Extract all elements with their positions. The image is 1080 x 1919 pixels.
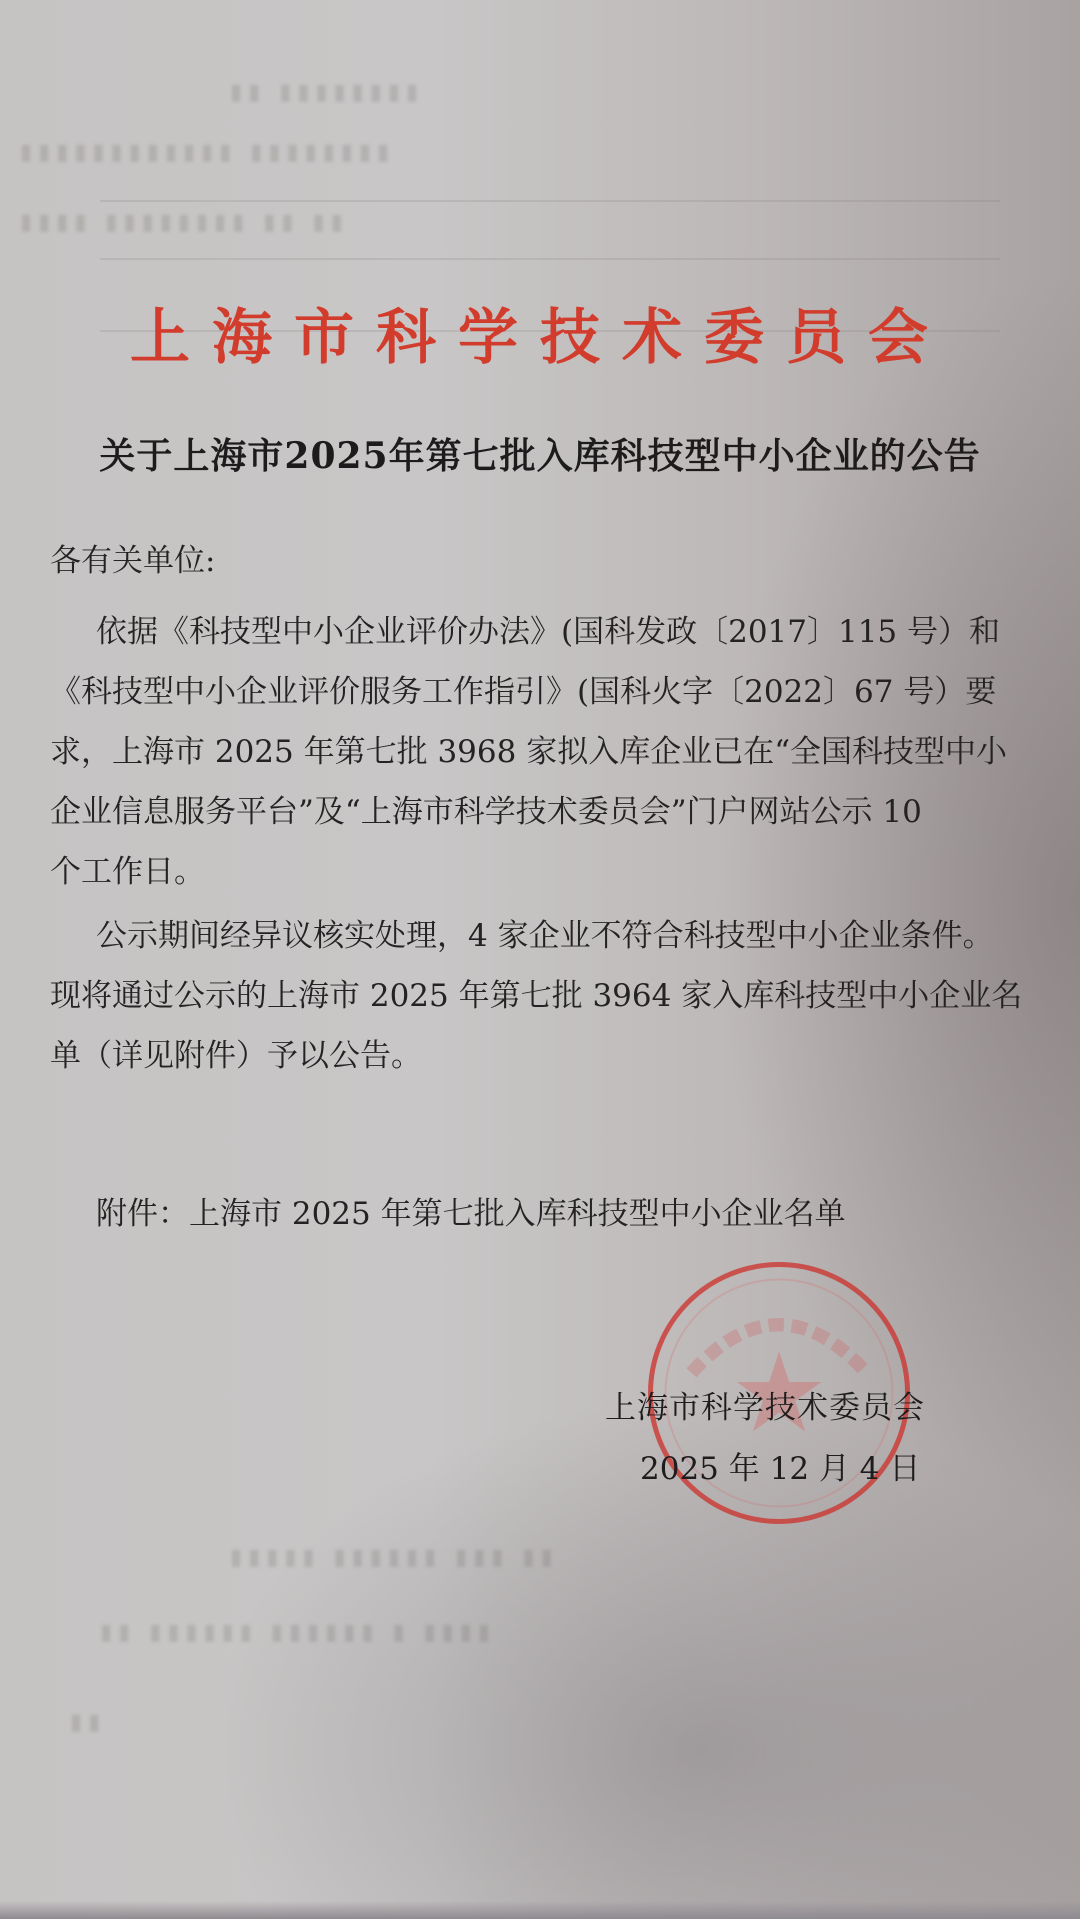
paragraph-1: 依据《科技型中小企业评价办法》(国科发政〔2017〕115 号）和 《科技型中小…	[50, 602, 1035, 902]
signing-organization: 上海市科学技术委员会	[605, 1382, 925, 1427]
paragraph-line: 企业信息服务平台”及“上海市科学技术委员会”门户网站公示 10	[50, 782, 1035, 842]
bleed-through-text: ▮▮▮▮▮ ▮▮▮▮▮▮ ▮▮▮ ▮▮	[230, 1545, 559, 1570]
paragraph-line: 《科技型中小企业评价服务工作指引》(国科火字〔2022〕67 号）要	[50, 662, 1035, 722]
paragraph-2: 公示期间经异议核实处理，4 家企业不符合科技型中小企业条件。 现将通过公示的上海…	[50, 906, 1035, 1086]
paragraph-line: 个工作日。	[50, 842, 1035, 902]
bleed-through-rule	[100, 258, 1000, 260]
paragraph-line: 求，上海市 2025 年第七批 3968 家拟入库企业已在“全国科技型中小	[50, 722, 1035, 782]
document-title: 关于上海市2025年第七批入库科技型中小企业的公告	[0, 428, 1080, 479]
bleed-through-text: ▮▮▮▮▮▮▮▮▮▮▮▮ ▮▮▮▮▮▮▮▮	[20, 140, 395, 165]
signing-date: 2025 年 12 月 4 日	[640, 1443, 920, 1488]
bleed-through-text: ▮▮ ▮▮▮▮▮▮▮▮	[230, 80, 424, 105]
bleed-through-text: ▮▮ ▮▮▮▮▮▮ ▮▮▮▮▮▮ ▮ ▮▮▮▮	[100, 1620, 496, 1645]
attachment-reference: 附件：上海市 2025 年第七批入库科技型中小企业名单	[96, 1188, 846, 1233]
issuer-header: 上海市科学技术委员会	[0, 290, 1080, 376]
paragraph-line: 公示期间经异议核实处理，4 家企业不符合科技型中小企业条件。	[50, 906, 1035, 966]
bleed-through-rule	[100, 200, 1000, 202]
bleed-through-text: ▮▮	[70, 1710, 106, 1735]
salutation: 各有关单位:	[50, 535, 215, 580]
paragraph-line: 依据《科技型中小企业评价办法》(国科发政〔2017〕115 号）和	[50, 602, 1035, 662]
document-page: ▮▮ ▮▮▮▮▮▮▮▮ ▮▮▮▮▮▮▮▮▮▮▮▮ ▮▮▮▮▮▮▮▮ ▮▮▮▮ ▮…	[0, 0, 1080, 1919]
paragraph-line: 现将通过公示的上海市 2025 年第七批 3964 家入库科技型中小企业名	[50, 966, 1035, 1026]
paragraph-line: 单（详见附件）予以公告。	[50, 1026, 1035, 1086]
bleed-through-text: ▮▮▮▮ ▮▮▮▮▮▮▮▮ ▮▮ ▮▮	[20, 210, 349, 235]
paper-bottom-edge	[0, 1901, 1080, 1919]
